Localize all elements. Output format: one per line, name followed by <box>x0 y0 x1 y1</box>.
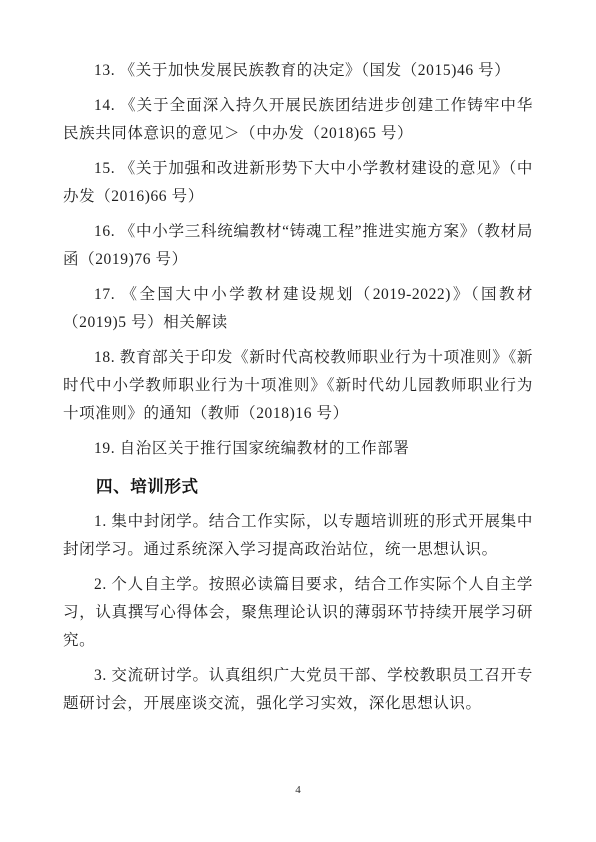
reference-item-18: 18. 教育部关于印发《新时代高校教师职业行为十项准则》《新时代中小学教师职业行… <box>63 344 533 428</box>
reference-item-19: 19. 自治区关于推行国家统编教材的工作部署 <box>63 435 533 463</box>
reference-item-17: 17. 《全国大中小学教材建设规划（2019-2022)》（国教材（2019)5… <box>63 281 533 337</box>
training-item-3: 3. 交流研讨学。认真组织广大党员干部、学校教职员工召开专题研讨会，开展座谈交流… <box>63 662 533 718</box>
reference-item-13: 13. 《关于加快发展民族教育的决定》（国发（2015)46 号） <box>63 57 533 85</box>
document-page: 13. 《关于加快发展民族教育的决定》（国发（2015)46 号） 14. 《关… <box>0 0 596 842</box>
reference-item-16: 16. 《中小学三科统编教材“铸魂工程”推进实施方案》（教材局函（2019)76… <box>63 218 533 274</box>
section-heading: 四、培训形式 <box>63 473 533 501</box>
page-number: 4 <box>0 784 596 796</box>
reference-item-15: 15. 《关于加强和改进新形势下大中小学教材建设的意见》（中办发（2016)66… <box>63 155 533 211</box>
document-body: 13. 《关于加快发展民族教育的决定》（国发（2015)46 号） 14. 《关… <box>63 57 533 725</box>
reference-item-14: 14. 《关于全面深入持久开展民族团结进步创建工作铸牢中华民族共同体意识的意见＞… <box>63 92 533 148</box>
training-item-2: 2. 个人自主学。按照必读篇目要求，结合工作实际个人自主学习，认真撰写心得体会，… <box>63 571 533 655</box>
training-item-1: 1. 集中封闭学。结合工作实际，以专题培训班的形式开展集中封闭学习。通过系统深入… <box>63 508 533 564</box>
